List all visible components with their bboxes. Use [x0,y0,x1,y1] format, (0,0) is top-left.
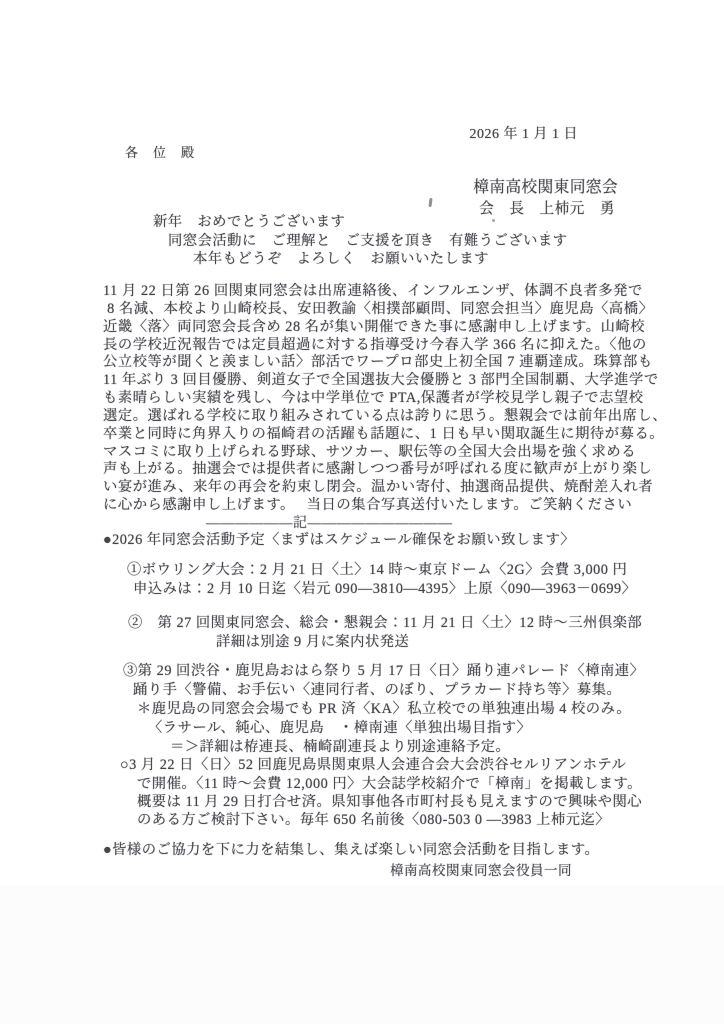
greeting-line: 新年 おめでとうございます [153,214,345,232]
greeting-line: 同窓会活動に ご理解と ご支援を頂き 有難うございます [168,233,568,251]
event-ohara-line: ③第 29 回渋谷・鹿児島おはら祭り 5 月 17 日〈日〉踊り連パレード〈樟南… [123,663,644,681]
body-line: マスコミに取り上げられる野球、サツカー、駅伝等の全国大会出場を強く求める [103,444,663,462]
body-line: 公立校等が聞くと羨ましい話〉部活でワープロ部史上初全国 7 連覇達成。珠算部も [103,354,663,372]
body-line: 11 月 22 日第 26 回関東同窓会は出席連絡後、インフルエンザ、体調不良者… [103,283,663,301]
body-line: に心から感謝申し上げます。 当日の集合写真送付いたします。ご笑納ください [103,497,663,515]
event-kenjinkai-line: で開催。〈11 時～会費 12,000 円〉大会誌学校紹介で「樟南」を掲載します… [137,776,642,794]
sender-president-name: 会 長 上柿元 勇 [479,200,615,218]
body-line: 声も上がる。抽選会では提供者に感謝しつつ番号が呼ばれる度に歓声が上がり楽し [103,461,663,479]
greeting-line: 本年もどうぞ よろしく お願いいたします [193,251,489,269]
body-line: い宴が進み、来年の再会を約束し閉会。温かい寄付、抽選商品提供、焼酎差入れ者 [103,479,663,497]
event-bowling-line: ①ボウリング大会：2 月 21 日〈土〉14 時～東京ドーム〈2G〉会費 3,0… [127,562,627,580]
body-line: 8 名減、本校より山崎校長、安田教諭〈相撲部顧問、同窓会担当〉鹿児島〈高橋〉 [103,301,663,319]
schedule-heading: ●2026 年同窓会活動予定〈まずはスケジュール確保をお願い致します〉 [103,532,575,550]
event-kenjinkai-line: のある方ご検討下さい。毎年 650 名前後〈080-503 0 ―3983 上柿… [137,812,610,830]
event-ohara-line: ＊鹿児島の同窓会会場でも PR 済〈KA〉私立校での単独連出場 4 校のみ。 [137,701,631,719]
body-line: 近畿〈落〉両同窓会長含め 28 名が集い開催できた事に感謝申し上げます。山崎校 [103,319,663,337]
signature: 樟南高校関東同窓会役員一同 [390,863,572,880]
body-line: 長の学校近況報告では定員超過に対する指導受け今春入学 366 名に抑えた。〈他の [103,337,663,355]
scan-speck [428,198,432,207]
event-reunion-line: 詳細は別途 9 月に案内状発送 [216,634,409,652]
report-paragraph: 11 月 22 日第 26 回関東同窓会は出席連絡後、インフルエンザ、体調不良者… [103,283,663,515]
event-ohara-line: 〈ラサール、純心、鹿児島 ・樟南連〈単独出場目指す〉 [148,720,531,738]
event-kenjinkai-line: ○3 月 22 日〈日〉52 回鹿児島県関東県人会連合会大会渋谷セルリアンホテル [120,757,626,775]
scanned-letter-page: 2026 年 1 月 1 日 各 位 殿 樟南高校関東同窓会 会 長 上柿元 勇… [0,0,724,1024]
event-ohara-line: 踊り手〈警備、お手伝い〈連同行者、のぼり、プラカード持ち等〉募集。 [133,682,621,700]
record-divider: ――――――記―――――――――― [206,515,453,533]
letter-date: 2026 年 1 月 1 日 [470,126,579,144]
sender-organization: 樟南高校関東同窓会 [473,178,618,198]
scan-speck [546,231,548,233]
body-line: 卒業と同時に角界入りの福崎君の活躍も話題に、1 日も早い関取誕生に期待が募る。 [103,426,663,444]
scan-speck [492,219,495,222]
salutation: 各 位 殿 [125,145,195,161]
event-reunion-line: ② 第 27 回関東同窓会、総会・懇親会：11 月 21 日〈土〉12 時～三州… [128,615,642,633]
body-line: 11 年ぶり 3 回目優勝、剣道女子で全国選抜大会優勝と 3 部門全国制覇、大学… [103,372,663,390]
event-kenjinkai-line: 概要は 11 月 29 日打合せ済。県知事他各市町村長も見えますので興味や関心 [137,794,642,812]
body-line: 選定。選ばれる学校に取り組みされている点は誇りに思う。懇親会では前年出席し、 [103,408,663,426]
event-ohara-line: ＝＞詳細は栫連長、楠崎副連長より別途連絡予定。 [170,739,510,757]
event-bowling-line: 申込みは：2 月 10 日迄〈岩元 090―3810―4395〉上原〈090―3… [133,581,636,599]
body-line: も素晴らしい実績を残し、今は中学単位で PTA,保護者が学校見学し親子で志望校 [103,390,663,408]
closing-statement: ●皆様のご協力を下に力を結集し、集えば楽しい同窓会活動を目指します。 [103,842,599,860]
scan-shading [0,886,724,1024]
